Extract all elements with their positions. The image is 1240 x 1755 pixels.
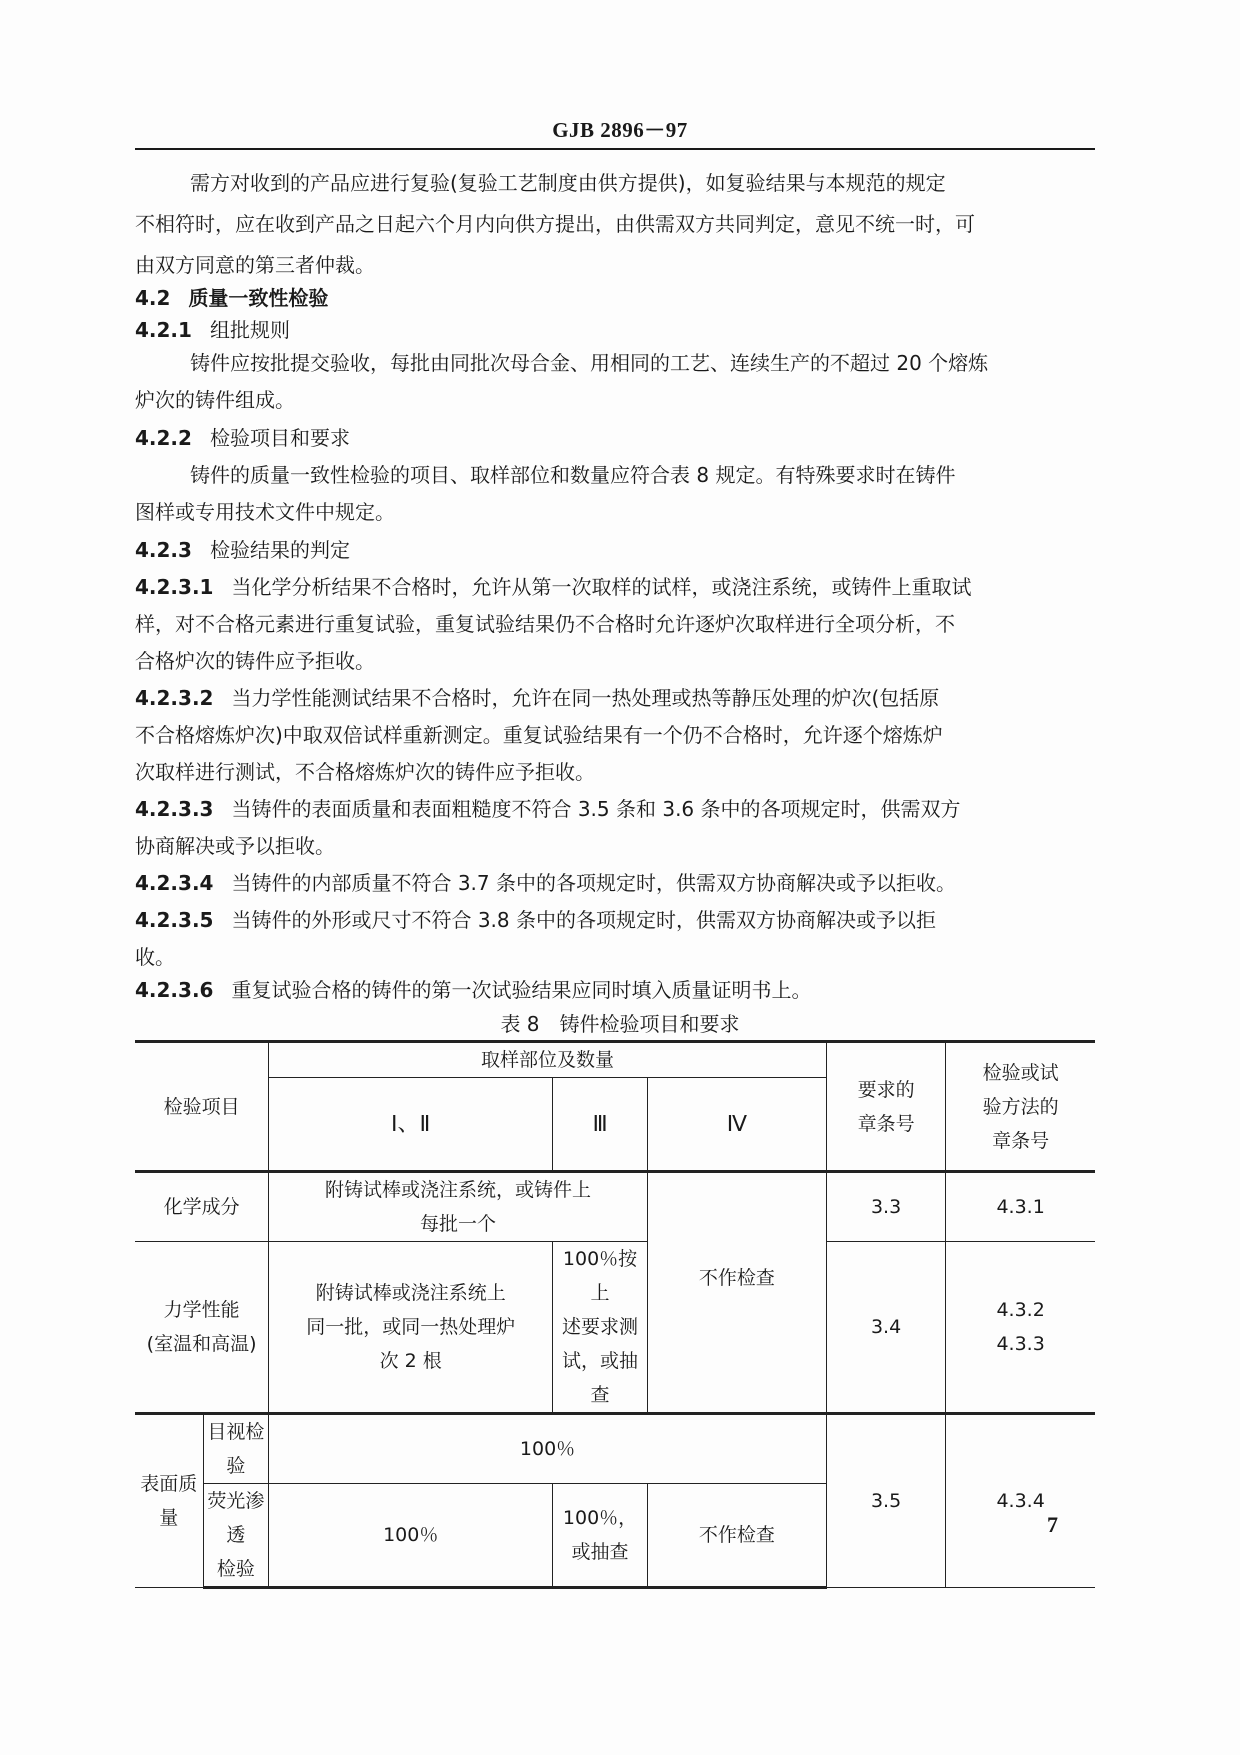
row-mech-item: 力学性能 (室温和高温) bbox=[135, 1242, 269, 1414]
row-surface-sub2: 荧光渗透 检验 bbox=[203, 1484, 269, 1588]
page-number: 7 bbox=[1047, 1512, 1058, 1538]
document-page: GJB 2896－97 需方对收到的产品应进行复验(复验工艺制度由供方提供)，如… bbox=[0, 0, 1240, 1755]
row-surface-sub1: 目视检验 bbox=[203, 1414, 269, 1484]
header-req-clause: 要求的 章条号 bbox=[826, 1042, 945, 1172]
header-item: 检验项目 bbox=[135, 1042, 269, 1172]
paragraph-line: 不相符时，应在收到产品之日起六个月内向供方提出，由供需双方共同判定，意见不统一时… bbox=[135, 214, 1095, 234]
row-surface-item: 表面质量 bbox=[135, 1414, 203, 1588]
section-heading-4-2-2: 4.2.2检验项目和要求 bbox=[135, 428, 1095, 448]
header-method-clause: 检验或试 验方法的 章条号 bbox=[946, 1042, 1095, 1172]
paragraph-line: 次取样进行测试，不合格熔炼炉次的铸件应予拒收。 bbox=[135, 762, 1095, 782]
clause-4-2-3-6: 4.2.3.6重复试验合格的铸件的第一次试验结果应同时填入质量证明书上。 bbox=[135, 980, 1095, 1000]
header-class-1-2: Ⅰ、Ⅱ bbox=[269, 1078, 553, 1172]
row-chem-sampling: 附铸试棒或浇注系统，或铸件上 每批一个 bbox=[269, 1172, 648, 1242]
paragraph-line: 铸件的质量一致性检验的项目、取样部位和数量应符合表 8 规定。有特殊要求时在铸件 bbox=[135, 465, 1150, 485]
section-heading-4-2-3: 4.2.3检验结果的判定 bbox=[135, 540, 1095, 560]
row-mech-method: 4.3.2 4.3.3 bbox=[946, 1242, 1095, 1414]
row-surface-sub1-value: 100％ bbox=[269, 1414, 827, 1484]
clause-4-2-3-1: 4.2.3.1当化学分析结果不合格时，允许从第一次取样的试样，或浇注系统，或铸件… bbox=[135, 577, 1095, 597]
paragraph-line: 铸件应按批提交验收，每批由同批次母合金、用相同的工艺、连续生产的不超过 20 个… bbox=[135, 353, 1150, 373]
section-heading-4-2: 4.2质量一致性检验 bbox=[135, 288, 1095, 308]
paragraph-line: 协商解决或予以拒收。 bbox=[135, 836, 1095, 856]
header-sampling: 取样部位及数量 bbox=[269, 1042, 827, 1078]
paragraph-line: 由双方同意的第三者仲裁。 bbox=[135, 255, 1095, 275]
paragraph-line: 收。 bbox=[135, 947, 1095, 967]
paragraph-line: 炉次的铸件组成。 bbox=[135, 390, 1095, 410]
standard-code: GJB 2896－97 bbox=[0, 114, 1240, 144]
paragraph-line: 图样或专用技术文件中规定。 bbox=[135, 502, 1095, 522]
row-surface-method: 4.3.4 bbox=[946, 1414, 1095, 1588]
row-mech-req: 3.4 bbox=[826, 1242, 945, 1414]
header-rule bbox=[135, 148, 1095, 150]
row-chem-method: 4.3.1 bbox=[946, 1172, 1095, 1242]
header-class-3: Ⅲ bbox=[553, 1078, 648, 1172]
paragraph-line: 不合格熔炼炉次)中取双倍试样重新测定。重复试验结果有一个仍不合格时，允许逐个熔炼… bbox=[135, 725, 1095, 745]
paragraph-line: 需方对收到的产品应进行复验(复验工艺制度由供方提供)，如复验结果与本规范的规定 bbox=[135, 173, 1150, 193]
row-chem-req: 3.3 bbox=[826, 1172, 945, 1242]
row-mech-class-3: 100％按上 述要求测 试，或抽查 bbox=[553, 1242, 648, 1414]
row-surface-req: 3.5 bbox=[826, 1414, 945, 1588]
paragraph-line: 样，对不合格元素进行重复试验，重复试验结果仍不合格时允许逐炉次取样进行全项分析，… bbox=[135, 614, 1095, 634]
row-chem-mech-class4: 不作检查 bbox=[647, 1172, 826, 1414]
clause-4-2-3-2: 4.2.3.2当力学性能测试结果不合格时，允许在同一热处理或热等静压处理的炉次(… bbox=[135, 688, 1095, 708]
paragraph-line: 合格炉次的铸件应予拒收。 bbox=[135, 651, 1095, 671]
table-caption: 表 8 铸件检验项目和要求 bbox=[0, 1008, 1240, 1037]
row-surface-sub2-class-4: 不作检查 bbox=[647, 1484, 826, 1588]
row-surface-sub2-class-1-2: 100％ bbox=[269, 1484, 553, 1588]
row-surface-sub2-class-3: 100％， 或抽查 bbox=[553, 1484, 648, 1588]
row-chem-item: 化学成分 bbox=[135, 1172, 269, 1242]
row-mech-class-1-2: 附铸试棒或浇注系统上 同一批，或同一热处理炉 次 2 根 bbox=[269, 1242, 553, 1414]
header-class-4: Ⅳ bbox=[647, 1078, 826, 1172]
clause-4-2-3-5: 4.2.3.5当铸件的外形或尺寸不符合 3.8 条中的各项规定时，供需双方协商解… bbox=[135, 910, 1095, 930]
table-8: 检验项目 取样部位及数量 要求的 章条号 检验或试 验方法的 章条号 Ⅰ、Ⅱ Ⅲ… bbox=[135, 1040, 1095, 1589]
section-heading-4-2-1: 4.2.1组批规则 bbox=[135, 320, 1095, 340]
clause-4-2-3-3: 4.2.3.3当铸件的表面质量和表面粗糙度不符合 3.5 条和 3.6 条中的各… bbox=[135, 799, 1095, 819]
clause-4-2-3-4: 4.2.3.4当铸件的内部质量不符合 3.7 条中的各项规定时，供需双方协商解决… bbox=[135, 873, 1095, 893]
